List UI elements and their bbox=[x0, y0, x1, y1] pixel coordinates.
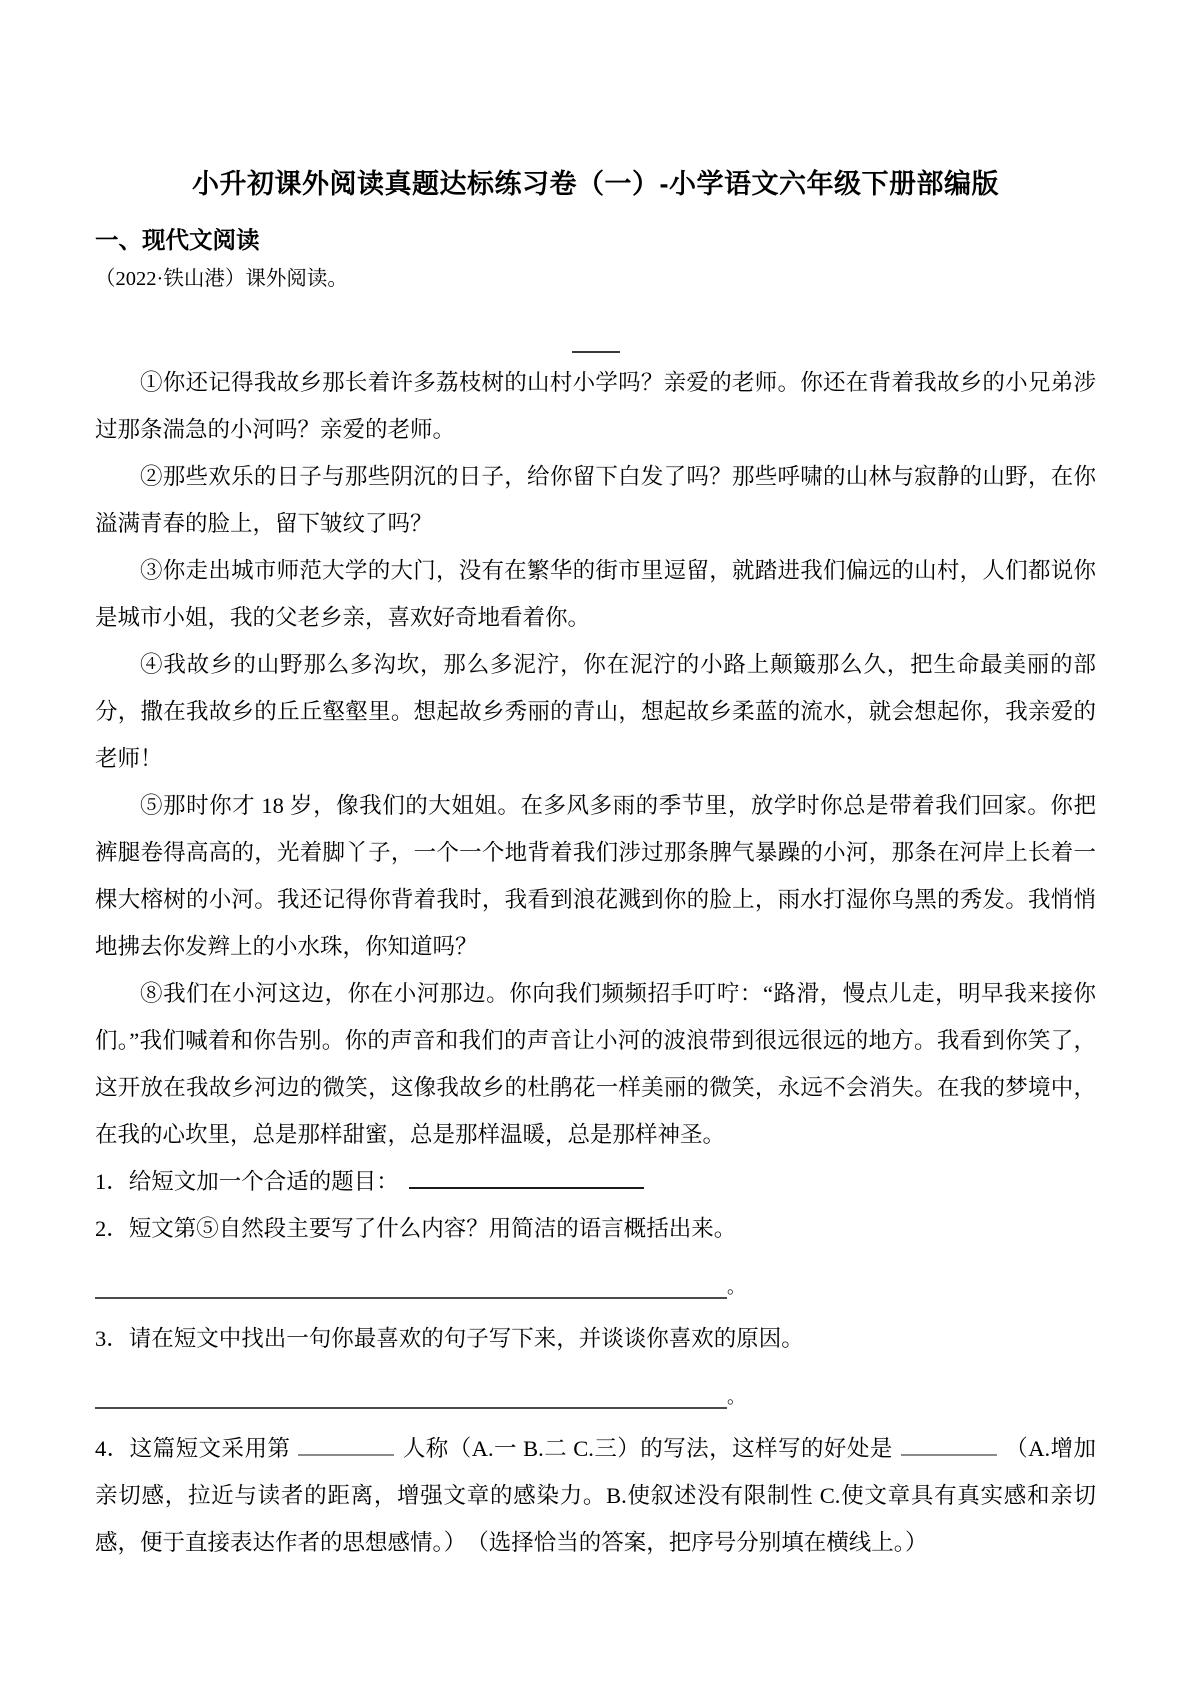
question-text: 请在短文中找出一句你最喜欢的句子写下来，并谈谈你喜欢的原因。 bbox=[129, 1326, 804, 1351]
question-text: 给短文加一个合适的题目： bbox=[129, 1169, 399, 1194]
paragraph-text: 那些欢乐的日子与那些阴沉的日子，给你留下白发了吗？那些呼啸的山林与寂静的山野，在… bbox=[95, 464, 1096, 536]
answer-line-period: 。 bbox=[727, 1277, 745, 1297]
question-number: 4． bbox=[95, 1436, 130, 1461]
question-2-answer-blank-line bbox=[95, 1265, 727, 1299]
passage-paragraph-2: ②那些欢乐的日子与那些阴沉的日子，给你留下白发了吗？那些呼啸的山林与寂静的山野，… bbox=[95, 453, 1096, 547]
paragraph-text: 我们在小河这边，你在小河那边。你向我们频频招手叮咛：“路滑，慢点儿走，明早我来接… bbox=[95, 981, 1096, 1147]
page-title: 小升初课外阅读真题达标练习卷（一）-小学语文六年级下册部编版 bbox=[95, 164, 1096, 204]
question-number: 3． bbox=[95, 1326, 129, 1351]
passage-paragraph-3: ③你走出城市师范大学的大门，没有在繁华的街市里逗留，就踏进我们偏远的山村，人们都… bbox=[95, 547, 1096, 641]
passage-title-row bbox=[95, 312, 1096, 359]
question-number: 2． bbox=[95, 1216, 129, 1241]
question-4: 4．这篇短文采用第人称（A.一 B.二 C.三）的写法，这样写的好处是（A.增加… bbox=[95, 1425, 1096, 1566]
passage-paragraph-5: ⑤那时你才 18 岁，像我们的大姐姐。在多风多雨的季节里，放学时你总是带着我们回… bbox=[95, 782, 1096, 970]
question-text-part1: 这篇短文采用第 bbox=[130, 1436, 291, 1461]
paragraph-number: ① bbox=[140, 370, 163, 395]
question-2: 2．短文第⑤自然段主要写了什么内容？用简洁的语言概括出来。 bbox=[95, 1205, 1096, 1252]
question-4-blank-line-2 bbox=[901, 1430, 997, 1456]
question-2-answer-row: 。 bbox=[95, 1264, 1096, 1315]
passage-paragraph-8: ⑧我们在小河这边，你在小河那边。你向我们频频招手叮咛：“路滑，慢点儿走，明早我来… bbox=[95, 970, 1096, 1158]
paragraph-text: 你走出城市师范大学的大门，没有在繁华的街市里逗留，就踏进我们偏远的山村，人们都说… bbox=[95, 558, 1096, 630]
question-1: 1．给短文加一个合适的题目： bbox=[95, 1158, 1096, 1205]
paragraph-number: ⑤ bbox=[140, 793, 163, 818]
passage-paragraph-1: ①你还记得我故乡那长着许多荔枝树的山村小学吗？亲爱的老师。你还在背着我故乡的小兄… bbox=[95, 359, 1096, 453]
passage-title-blank-line bbox=[572, 312, 620, 353]
question-list: 1．给短文加一个合适的题目： 2．短文第⑤自然段主要写了什么内容？用简洁的语言概… bbox=[95, 1158, 1096, 1566]
question-3: 3．请在短文中找出一句你最喜欢的句子写下来，并谈谈你喜欢的原因。 bbox=[95, 1315, 1096, 1362]
source-note: （2022·铁山港）课外阅读。 bbox=[95, 262, 1096, 296]
question-text-part2: 人称（A.一 B.二 C.三）的写法，这样写的好处是 bbox=[402, 1436, 892, 1461]
paragraph-text: 那时你才 18 岁，像我们的大姐姐。在多风多雨的季节里，放学时你总是带着我们回家… bbox=[95, 793, 1096, 959]
paragraph-number: ③ bbox=[140, 558, 163, 583]
question-number: 1． bbox=[95, 1169, 129, 1194]
document-page: 小升初课外阅读真题达标练习卷（一）-小学语文六年级下册部编版 一、现代文阅读 （… bbox=[0, 0, 1191, 1684]
answer-line-period: 。 bbox=[727, 1387, 745, 1407]
passage-paragraph-4: ④我故乡的山野那么多沟坎，那么多泥泞，你在泥泞的小路上颠簸那么久，把生命最美丽的… bbox=[95, 641, 1096, 782]
section-heading: 一、现代文阅读 bbox=[95, 222, 1096, 258]
question-text: 短文第⑤自然段主要写了什么内容？用简洁的语言概括出来。 bbox=[129, 1216, 737, 1241]
question-3-answer-blank-line bbox=[95, 1375, 727, 1409]
paragraph-number: ④ bbox=[140, 652, 163, 677]
reading-passage: ①你还记得我故乡那长着许多荔枝树的山村小学吗？亲爱的老师。你还在背着我故乡的小兄… bbox=[95, 359, 1096, 1158]
paragraph-number: ② bbox=[140, 464, 163, 489]
paragraph-text: 我故乡的山野那么多沟坎，那么多泥泞，你在泥泞的小路上颠簸那么久，把生命最美丽的部… bbox=[95, 652, 1096, 771]
paragraph-number: ⑧ bbox=[140, 981, 163, 1006]
paragraph-text: 你还记得我故乡那长着许多荔枝树的山村小学吗？亲爱的老师。你还在背着我故乡的小兄弟… bbox=[95, 370, 1096, 442]
question-1-answer-blank-line bbox=[409, 1161, 644, 1189]
question-3-answer-row: 。 bbox=[95, 1374, 1096, 1425]
question-4-blank-line-1 bbox=[298, 1430, 394, 1456]
